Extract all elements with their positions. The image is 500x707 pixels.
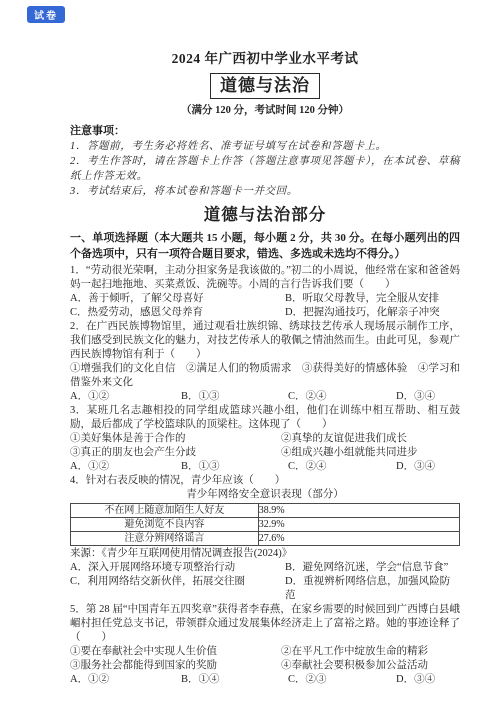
question-3-options-row: A．①② B．①③ C．②④ D．③④ [70,460,460,474]
table-row: 不在网上随意加陌生人好友 38.9% [71,504,460,518]
question-2-options-row: A．①② B．①③ C．②④ D．③④ [70,390,460,404]
question-1: 1．“劳动很光荣啊，主动分担家务是我该做的。”初二的小周说，他经常在家和爸爸妈妈… [70,264,460,320]
table-source-note: 来源：《青少年互联网使用情况调查报告(2024)》 [70,547,460,561]
option-c: C．②③ [288,673,396,687]
table-row: 注意分辨网络谣言 27.6% [71,532,460,546]
option-c: C．②④ [288,390,396,404]
subitem-4: ④奉献社会要积极参加公益活动 [281,659,460,673]
exam-title: 2024 年广西初中学业水平考试 [70,50,460,68]
watermark-label: 试卷 [34,7,58,22]
option-d: D．③④ [396,673,460,687]
option-b: B．①③ [181,390,288,404]
table-cell-percent: 32.9% [258,518,459,532]
question-2-stem: 2．在广西民族博物馆里，通过观看壮族织锦、绣球技艺传承人现场展示制作工序，我们感… [70,320,460,362]
question-4-stem: 4．针对右表反映的情况，青少年应该（ ） [70,474,460,488]
subject-row: 道德与法治 [70,73,460,99]
question-1-stem: 1．“劳动很光荣啊，主动分担家务是我该做的。”初二的小周说，他经常在家和爸爸妈妈… [70,264,460,292]
option-c: C．热爱劳动，感恩父母养育 [70,306,285,320]
option-a: A．深入开展网络环境专项整治行动 [70,561,285,575]
subitem-4: ④组成兴趣小组就能共同进步 [281,446,460,460]
subitem-3: ③真正的朋友也会产生分歧 [70,446,281,460]
subject-box: 道德与法治 [210,73,320,99]
option-d: D．重视辨析网络信息，加强风险防范 [285,575,460,603]
question-5-stem: 5．第 28 届“中国青年五四奖章”获得者李春燕，在家乡需要的时候回到广西博白县… [70,603,460,645]
table-row: 避免浏览不良内容 32.9% [71,518,460,532]
question-1-options-row-2: C．热爱劳动，感恩父母养育 D．把握沟通技巧，化解亲子冲突 [70,306,460,320]
table-cell-percent: 27.6% [258,532,459,546]
paper-content: 2024 年广西初中学业水平考试 道德与法治 （满分 120 分，考试时间 12… [70,50,460,687]
notice-item-3: 3．考试结束后，将本试卷和答题卡一并交回。 [70,184,460,199]
option-a: A．①② [70,673,181,687]
part-header: 一、单项选择题（本大题共 15 小题，每小题 2 分，共 30 分。在每小题列出… [70,230,460,262]
subitem-1: ①要在奉献社会中实现人生价值 [70,645,281,659]
question-4-options-row-2: C．利用网络结交新伙伴，拓展交往圈 D．重视辨析网络信息，加强风险防范 [70,575,460,603]
survey-table-title: 青少年网络安全意识表现（部分） [70,488,460,502]
question-2-subitems: ①增强我们的文化自信 ②满足人们的物质需求 ③获得美好的情感体验 ④学习和借鉴外… [70,362,460,390]
section-title: 道德与法治部分 [70,204,460,226]
option-b: B．听取父母教导，完全服从安排 [285,292,460,306]
notice-block: 注意事项： 1．答题前，考生务必将姓名、准考证号填写在试卷和答题卡上。 2．考生… [70,124,460,199]
question-5-subitems-row-1: ①要在奉献社会中实现人生价值 ②在平凡工作中绽放生命的精彩 [70,645,460,659]
option-d: D．③④ [396,390,460,404]
option-d: D．③④ [396,460,460,474]
option-b: B．①④ [181,673,288,687]
table-cell-behavior: 避免浏览不良内容 [71,518,259,532]
option-d: D．把握沟通技巧，化解亲子冲突 [285,306,460,320]
question-1-options-row-1: A．善于倾听，了解父母喜好 B．听取父母教导，完全服从安排 [70,292,460,306]
subitem-1: ①美好集体是善于合作的 [70,432,281,446]
table-cell-percent: 38.9% [258,504,459,518]
option-b: B．避免网络沉迷，学会“信息节食” [285,561,460,575]
table-cell-behavior: 不在网上随意加陌生人好友 [71,504,259,518]
source-watermark-badge: 试卷 [27,6,65,23]
subitem-2: ②真挚的友谊促进我们成长 [281,432,460,446]
notice-item-1: 1．答题前，考生务必将姓名、准考证号填写在试卷和答题卡上。 [70,139,460,154]
question-5-options-row: A．①② B．①④ C．②③ D．③④ [70,673,460,687]
question-5-subitems-row-2: ③服务社会都能得到国家的奖励 ④奉献社会要积极参加公益活动 [70,659,460,673]
notice-item-2: 2．考生作答时，请在答题卡上作答（答题注意事项见答题卡），在本试卷、草稿纸上作答… [70,154,460,184]
option-a: A．①② [70,460,181,474]
score-line: （满分 120 分，考试时间 120 分钟） [70,103,460,118]
question-3-stem: 3．某班几名志趣相投的同学组成篮球兴趣小组，他们在训练中相互帮助、相互鼓励，最后… [70,404,460,432]
subitem-3: ③服务社会都能得到国家的奖励 [70,659,281,673]
subitem-2: ②在平凡工作中绽放生命的精彩 [281,645,460,659]
notice-label: 注意事项： [70,124,460,139]
exam-paper-page: 试卷 2024 年广西初中学业水平考试 道德与法治 （满分 120 分，考试时间… [0,0,500,707]
question-2: 2．在广西民族博物馆里，通过观看壮族织锦、绣球技艺传承人现场展示制作工序，我们感… [70,320,460,404]
option-c: C．利用网络结交新伙伴，拓展交往圈 [70,575,285,603]
option-c: C．②④ [288,460,396,474]
option-a: A．善于倾听，了解父母喜好 [70,292,285,306]
option-a: A．①② [70,390,181,404]
question-3: 3．某班几名志趣相投的同学组成篮球兴趣小组，他们在训练中相互帮助、相互鼓励，最后… [70,404,460,474]
option-b: B．①③ [181,460,288,474]
question-4-options-row-1: A．深入开展网络环境专项整治行动 B．避免网络沉迷，学会“信息节食” [70,561,460,575]
question-4: 4．针对右表反映的情况，青少年应该（ ） 青少年网络安全意识表现（部分） 不在网… [70,474,460,603]
survey-table: 不在网上随意加陌生人好友 38.9% 避免浏览不良内容 32.9% 注意分辨网络… [70,503,460,546]
question-5: 5．第 28 届“中国青年五四奖章”获得者李春燕，在家乡需要的时候回到广西博白县… [70,603,460,687]
question-3-subitems-row-1: ①美好集体是善于合作的 ②真挚的友谊促进我们成长 [70,432,460,446]
table-cell-behavior: 注意分辨网络谣言 [71,532,259,546]
question-3-subitems-row-2: ③真正的朋友也会产生分歧 ④组成兴趣小组就能共同进步 [70,446,460,460]
